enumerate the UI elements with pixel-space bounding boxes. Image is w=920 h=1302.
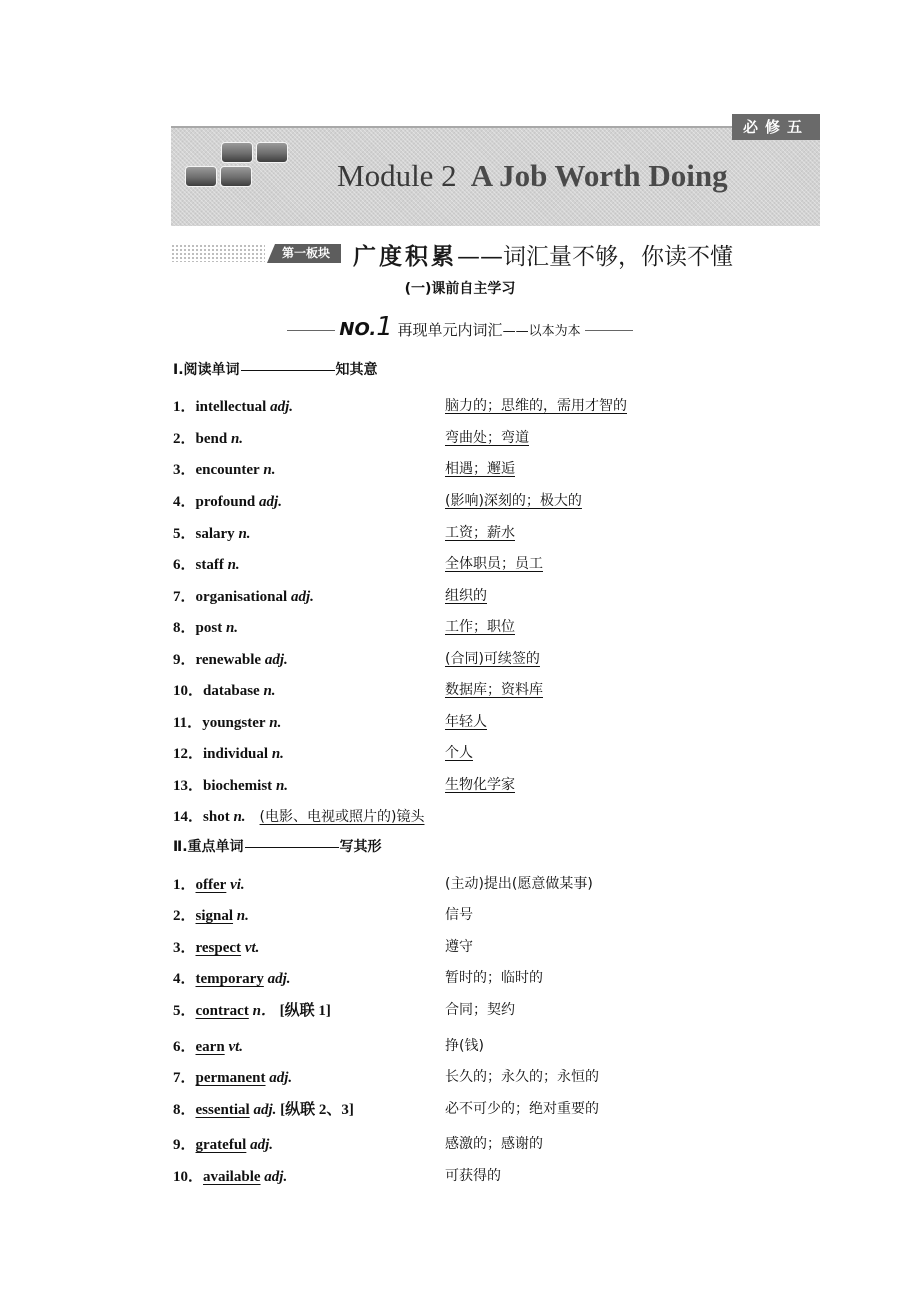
no-subtitle: ——以本为本 bbox=[503, 324, 581, 339]
vocab-row: 4．temporary adj.暂时的；临时的 bbox=[173, 967, 291, 989]
dash-line bbox=[241, 370, 335, 371]
item-word: grateful bbox=[196, 1137, 247, 1153]
item-word: biochemist bbox=[203, 778, 272, 794]
item-pos: n. bbox=[226, 620, 238, 636]
vocab-row: 12．individual n.个人 bbox=[173, 742, 284, 764]
item-word: youngster bbox=[202, 715, 265, 731]
item-pos: n. bbox=[231, 431, 243, 447]
item-meaning: 遵守 bbox=[445, 936, 473, 956]
item-number: 10． bbox=[173, 683, 203, 699]
item-number: 9． bbox=[173, 1137, 196, 1153]
item-number: 7． bbox=[173, 589, 196, 605]
module-title: Module 2A Job Worth Doing bbox=[337, 158, 728, 194]
vocab-row: 6．staff n.全体职员；员工 bbox=[173, 553, 240, 575]
item-word: respect bbox=[196, 940, 242, 956]
item-number: 7． bbox=[173, 1070, 196, 1086]
item-pos: n. bbox=[269, 715, 281, 731]
item-number: 5． bbox=[173, 1003, 196, 1019]
module-banner: 必修五 Module 2A Job Worth Doing bbox=[171, 126, 820, 226]
item-number: 10． bbox=[173, 1169, 203, 1185]
dot-pattern-decoration bbox=[171, 244, 265, 262]
subheading: (一)课前自主学习 bbox=[0, 278, 920, 298]
dash-line bbox=[245, 847, 339, 848]
item-number: 5． bbox=[173, 526, 196, 542]
item-meaning: (合同)可续签的 bbox=[445, 648, 540, 668]
part2-label-right: 写其形 bbox=[340, 839, 382, 855]
item-number: 8． bbox=[173, 620, 196, 636]
item-word: organisational bbox=[196, 589, 288, 605]
item-meaning: 长久的；永久的；永恒的 bbox=[445, 1066, 599, 1086]
item-word: profound bbox=[196, 494, 256, 510]
item-pos: n. bbox=[237, 908, 249, 924]
item-number: 6． bbox=[173, 1039, 196, 1055]
item-note: [纵联 2、3] bbox=[280, 1102, 354, 1118]
item-word: shot bbox=[203, 809, 230, 825]
item-number: 9． bbox=[173, 652, 196, 668]
item-pos: adj. bbox=[291, 589, 314, 605]
item-pos: adj. bbox=[265, 652, 288, 668]
item-pos: adj. bbox=[264, 1169, 287, 1185]
module-name: A Job Worth Doing bbox=[471, 158, 728, 193]
item-word: earn bbox=[196, 1039, 225, 1055]
item-meaning: 个人 bbox=[445, 742, 473, 762]
no-heading: NO.1 再现单元内词汇——以本为本 bbox=[0, 312, 920, 342]
item-pos: n. bbox=[263, 462, 275, 478]
item-meaning: 可获得的 bbox=[445, 1165, 501, 1185]
section-heading: 第一板块 广度积累——词汇量不够，你读不懂 bbox=[171, 240, 731, 266]
item-word: bend bbox=[196, 431, 228, 447]
item-number: 8． bbox=[173, 1102, 196, 1118]
divider-line bbox=[287, 330, 335, 331]
vocab-row: 8．essential adj. [纵联 2、3]必不可少的；绝对重要的 bbox=[173, 1098, 354, 1120]
item-meaning: 数据库；资料库 bbox=[445, 679, 543, 699]
vocab-row: 3．encounter n.相遇；邂逅 bbox=[173, 458, 276, 480]
item-number: 13． bbox=[173, 778, 203, 794]
item-pos: adj. bbox=[269, 1070, 292, 1086]
item-number: 2． bbox=[173, 908, 196, 924]
item-meaning: 工资；薪水 bbox=[445, 522, 515, 542]
section-title-rest: ——词汇量不够，你读不懂 bbox=[457, 244, 733, 270]
item-pos: vt. bbox=[228, 1039, 243, 1055]
item-word: intellectual bbox=[196, 399, 267, 415]
item-word: temporary bbox=[196, 971, 264, 987]
no-prefix: NO. bbox=[339, 319, 376, 340]
item-pos: adj. bbox=[250, 1137, 273, 1153]
item-word: essential bbox=[196, 1102, 250, 1118]
thumbnail-image bbox=[256, 142, 288, 163]
vocab-row: 6．earn vt.挣(钱) bbox=[173, 1035, 243, 1057]
vocab-row: 9．grateful adj.感激的；感谢的 bbox=[173, 1133, 273, 1155]
item-meaning: (影响)深刻的；极大的 bbox=[445, 490, 582, 510]
section-title: 广度积累——词汇量不够，你读不懂 bbox=[353, 238, 733, 271]
item-number: 1． bbox=[173, 399, 196, 415]
item-word: staff bbox=[196, 557, 224, 573]
item-number: 14． bbox=[173, 809, 203, 825]
vocab-row: 2．signal n.信号 bbox=[173, 904, 249, 926]
vocab-row: 1．offer vi.(主动)提出(愿意做某事) bbox=[173, 873, 245, 895]
item-meaning: 组织的 bbox=[445, 585, 487, 605]
no-title: 再现单元内词汇 bbox=[398, 321, 503, 339]
item-pos: n. bbox=[233, 809, 245, 825]
item-word: signal bbox=[196, 908, 234, 924]
item-number: 4． bbox=[173, 971, 196, 987]
item-number: 6． bbox=[173, 557, 196, 573]
item-meaning: 相遇；邂逅 bbox=[445, 458, 515, 478]
item-word: permanent bbox=[196, 1070, 266, 1086]
item-pos: n. bbox=[263, 683, 275, 699]
item-number: 3． bbox=[173, 462, 196, 478]
item-word: salary bbox=[196, 526, 235, 542]
vocab-row: 14．shot n.(电影、电视或照片的)镜头 bbox=[173, 805, 424, 827]
item-number: 2． bbox=[173, 431, 196, 447]
item-word: encounter bbox=[196, 462, 260, 478]
module-label: Module 2 bbox=[337, 158, 457, 193]
item-meaning: 脑力的；思维的，需用才智的 bbox=[445, 395, 627, 415]
item-pos: vt. bbox=[245, 940, 260, 956]
item-word: database bbox=[203, 683, 260, 699]
item-number: 11． bbox=[173, 715, 202, 731]
section-tag: 第一板块 bbox=[267, 244, 341, 263]
vocab-row: 5．contract n． [纵联 1]合同；契约 bbox=[173, 999, 331, 1021]
item-meaning: 挣(钱) bbox=[445, 1035, 484, 1055]
item-pos: adj. bbox=[259, 494, 282, 510]
item-meaning: (主动)提出(愿意做某事) bbox=[445, 873, 593, 893]
vocab-row: 8．post n.工作；职位 bbox=[173, 616, 238, 638]
item-meaning: 年轻人 bbox=[445, 711, 487, 731]
vocab-row: 4．profound adj.(影响)深刻的；极大的 bbox=[173, 490, 282, 512]
part1-label-left: Ⅰ.阅读单词 bbox=[173, 362, 240, 378]
item-pos: adj. bbox=[270, 399, 293, 415]
item-meaning: 感激的；感谢的 bbox=[445, 1133, 543, 1153]
part1-label-right: 知其意 bbox=[336, 362, 378, 378]
vocab-row: 3．respect vt.遵守 bbox=[173, 936, 259, 958]
part2-label: Ⅱ.重点单词写其形 bbox=[173, 836, 382, 856]
item-pos: n. bbox=[238, 526, 250, 542]
thumbnail-image bbox=[221, 142, 253, 163]
item-meaning: 全体职员；员工 bbox=[445, 553, 543, 573]
item-number: 1． bbox=[173, 877, 196, 893]
vocab-row: 9．renewable adj.(合同)可续签的 bbox=[173, 648, 288, 670]
item-pos: adj. bbox=[253, 1102, 276, 1118]
part2-label-left: Ⅱ.重点单词 bbox=[173, 839, 244, 855]
vocab-row: 2．bend n.弯曲处；弯道 bbox=[173, 427, 243, 449]
vocab-row: 7．permanent adj.长久的；永久的；永恒的 bbox=[173, 1066, 292, 1088]
item-pos: vi. bbox=[230, 877, 245, 893]
item-meaning: 合同；契约 bbox=[445, 999, 515, 1019]
item-number: 3． bbox=[173, 940, 196, 956]
item-meaning: 弯曲处；弯道 bbox=[445, 427, 529, 447]
item-meaning: 生物化学家 bbox=[445, 774, 515, 794]
item-number: 4． bbox=[173, 494, 196, 510]
item-meaning: 暂时的；临时的 bbox=[445, 967, 543, 987]
no-number: 1 bbox=[376, 312, 393, 342]
vocab-row: 1．intellectual adj.脑力的；思维的，需用才智的 bbox=[173, 395, 293, 417]
thumbnail-image bbox=[185, 166, 217, 187]
item-pos: n. bbox=[272, 746, 284, 762]
vocab-row: 5．salary n.工资；薪水 bbox=[173, 522, 251, 544]
vocab-row: 11．youngster n.年轻人 bbox=[173, 711, 281, 733]
vocab-row: 10．database n.数据库；资料库 bbox=[173, 679, 276, 701]
item-word: contract bbox=[196, 1003, 249, 1019]
part1-label: Ⅰ.阅读单词知其意 bbox=[173, 359, 378, 379]
item-meaning: (电影、电视或照片的)镜头 bbox=[260, 809, 425, 825]
item-pos: n. bbox=[228, 557, 240, 573]
item-meaning: 信号 bbox=[445, 904, 473, 924]
item-word: renewable bbox=[196, 652, 262, 668]
vocab-row: 10．available adj.可获得的 bbox=[173, 1165, 287, 1187]
item-note: [纵联 1] bbox=[280, 1003, 331, 1019]
book-badge: 必修五 bbox=[732, 114, 820, 140]
vocab-row: 7．organisational adj.组织的 bbox=[173, 585, 314, 607]
item-word: post bbox=[196, 620, 223, 636]
landscape-thumbnails-icon bbox=[181, 140, 301, 190]
item-meaning: 必不可少的；绝对重要的 bbox=[445, 1098, 599, 1118]
item-word: available bbox=[203, 1169, 261, 1185]
item-number: 12． bbox=[173, 746, 203, 762]
item-pos: adj. bbox=[268, 971, 291, 987]
thumbnail-image bbox=[220, 166, 252, 187]
section-title-bold: 广度积累 bbox=[353, 244, 457, 270]
item-pos: n. bbox=[276, 778, 288, 794]
item-word: offer bbox=[196, 877, 227, 893]
no-label: NO.1 bbox=[339, 319, 392, 340]
vocab-row: 13．biochemist n.生物化学家 bbox=[173, 774, 288, 796]
divider-line bbox=[585, 330, 633, 331]
item-meaning: 工作；职位 bbox=[445, 616, 515, 636]
item-pos: n． bbox=[253, 1003, 276, 1019]
item-word: individual bbox=[203, 746, 268, 762]
